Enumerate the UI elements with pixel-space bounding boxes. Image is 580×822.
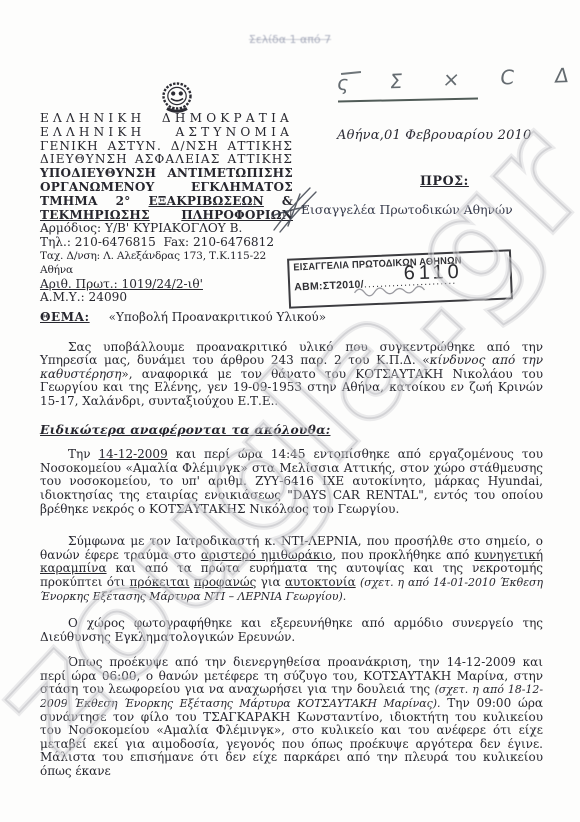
subject-label: ΘΕΜΑ: [40, 310, 90, 324]
case-officer-line: Αρμόδιος: Υ/Β' ΚΥΡΙΑΚΟΓΛΟΥ Β. [40, 222, 293, 236]
amy-number-line: Α.Μ.Υ.: 24090 [40, 291, 293, 305]
letter-date: Αθήνα,01 Φεβρουαρίου 2010 [337, 128, 531, 143]
agency-header-line: ΔΙΕΥΘΥΝΣΗ ΑΣΦΑΛΕΙΑΣ ΑΤΤΙΚΗΣ [40, 153, 293, 167]
stamp-scribble [352, 280, 452, 298]
protocol-number-line: Αριθ. Πρωτ.: 1019/24/2-ιθ' [40, 278, 293, 292]
agency-header-line: ΓΕΝΙΚΗ ΑΣΤΥΝ. Δ/ΝΣΗ ΑΤΤΙΚΗΣ [40, 140, 293, 154]
postal-address-line: Ταχ. Δ/νση: Λ. Αλεξάνδρας 173, Τ.Κ.115-2… [40, 250, 293, 278]
paragraph-1: Σας υποβάλλουμε προανακριτικό υλικό που … [40, 341, 543, 409]
agency-header-line: ΥΠΟΔΙΕΥΘΥΝΣΗ ΑΝΤΙΜΕΤΩΠΙΣΗΣ [40, 167, 293, 181]
paragraph-2: Την 14-12-2009 και περί ώρα 14:45 εντοπί… [40, 448, 543, 516]
page-number-indicator: Σελίδα 1 από 7 [0, 33, 580, 46]
agency-header: ΕΛΛΗΝΙΚΗ ΔΗΜΟΚΡΑΤΙΑ ΕΛΛΗΝΙΚΗ ΑΣΤΥΝΟΜΙΑ Γ… [40, 112, 293, 305]
agency-header-line: ΟΡΓΑΝΩΜΕΝΟΥ ΕΓΚΛΗΜΑΤΟΣ [40, 181, 293, 195]
paragraph-3: Σύμφωνα με τον Ιατροδικαστή κ. ΝΤΙ-ΛΕΡΝΙ… [40, 535, 543, 603]
handwritten-underline [338, 98, 478, 103]
agency-header-line: ΕΛΛΗΝΙΚΗ ΑΣΤΥΝΟΜΙΑ [40, 126, 293, 140]
phone-fax-line: Τηλ.: 210-6476815 Fax: 210-6476812 [40, 236, 293, 250]
agency-header-line: ΕΛΛΗΝΙΚΗ ΔΗΜΟΚΡΑΤΙΑ [40, 112, 293, 126]
subject-text: «Υποβολή Προανακριτικού Υλικού» [109, 310, 326, 324]
agency-header-line: ΤΜΗΜΑ 2° ΕΞΑΚΡΙΒΩΣΕΩΝ & [40, 195, 293, 209]
subject-line: ΘΕΜΑ:«Υποβολή Προανακριτικού Υλικού» [40, 311, 543, 325]
to-label: ΠΡΟΣ: [420, 173, 469, 188]
recipient-line: Εισαγγελέα Πρωτοδικών Αθηνών [301, 202, 513, 217]
handwritten-annotation: ς Σ × C Δ ι [336, 61, 580, 95]
agency-header-line: ΤΕΚΜΗΡΙΩΣΗΣ ΠΛΗΡΟΦΟΡΙΩΝ [40, 209, 293, 223]
prosecutor-stamp: ΕΙΣΑΓΓΕΛΙΑ ΠΡΩΤΟΔΙΚΩΝ ΑΘΗΝΩΝ 6110 ΑΒΜ:ΣΤ… [287, 249, 513, 308]
section-heading: Ειδικώτερα αναφέρονται τα ακόλουθα: [40, 423, 543, 437]
letter-body: ΘΕΜΑ:«Υποβολή Προανακριτικού Υλικού» Σας… [40, 311, 543, 779]
pen-scribble [268, 180, 332, 234]
document-page: Σελίδα 1 από 7 ς Σ × C Δ ι ΕΛΛΗΝΙΚΗ ΔΗΜΟ… [0, 0, 580, 822]
paragraph-5: Όπως προέκυψε από την διενεργηθείσα προα… [40, 656, 543, 778]
paragraph-4: Ο χώρος φωτογραφήθηκε και εξερευνήθηκε α… [40, 617, 543, 644]
